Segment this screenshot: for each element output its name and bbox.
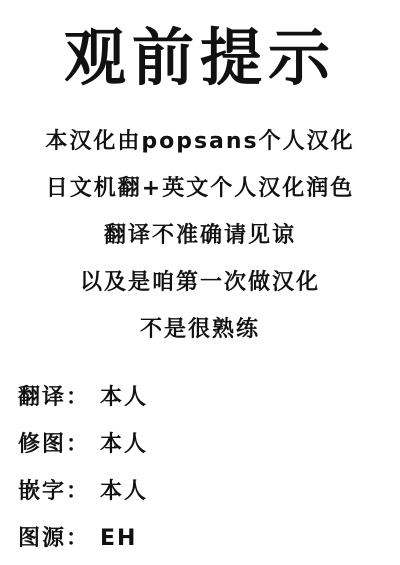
credit-separator: ： [66,421,90,468]
credit-separator: ： [66,515,90,562]
credit-typesetting: 嵌字 ： 本人 [18,468,378,515]
credit-label: 修图 [18,421,66,468]
notice-line: 不是很熟练 [0,306,400,353]
credit-label: 图源 [18,515,66,562]
notice-line: 日文机翻+英文个人汉化润色 [0,165,400,212]
notice-line: 翻译不准确请见谅 [0,212,400,259]
credit-separator: ： [66,374,90,421]
credit-image-editing: 修图 ： 本人 [18,421,378,468]
credit-value: 本人 [100,421,148,468]
credit-value: EH [100,515,137,562]
credit-translation: 翻译 ： 本人 [18,374,378,421]
credit-value: 本人 [100,468,148,515]
notice-line: 以及是咱第一次做汉化 [0,259,400,306]
notice-body: 本汉化由popsans个人汉化 日文机翻+英文个人汉化润色 翻译不准确请见谅 以… [0,118,400,353]
page-title: 观前提示 [0,22,400,94]
credit-label: 翻译 [18,374,66,421]
credit-value: 本人 [100,374,148,421]
notice-line: 本汉化由popsans个人汉化 [0,118,400,165]
credit-source: 图源 ： EH [18,515,378,562]
credits-list: 翻译 ： 本人 修图 ： 本人 嵌字 ： 本人 图源 ： EH [18,374,378,562]
credit-separator: ： [66,468,90,515]
credit-label: 嵌字 [18,468,66,515]
